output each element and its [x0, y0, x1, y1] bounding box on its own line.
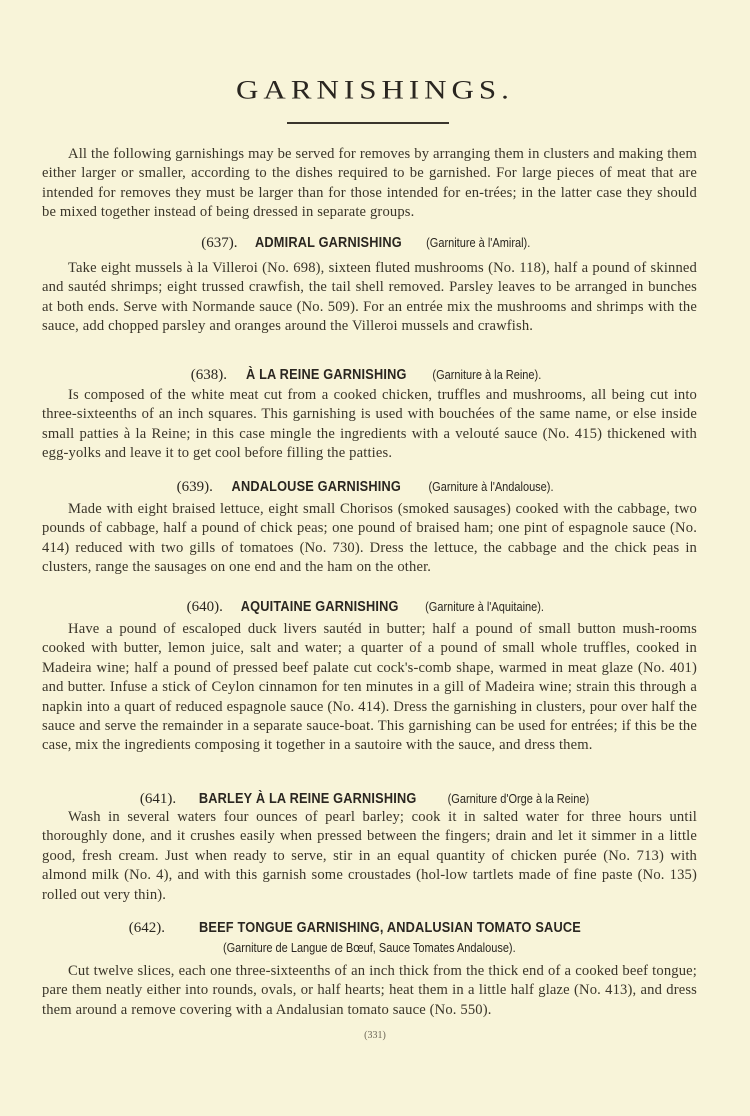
page-number: (331)	[0, 1030, 750, 1041]
recipe-number: (639).	[177, 479, 213, 495]
recipe-body-text: Wash in several waters four ounces of pe…	[42, 809, 697, 903]
book-page: GARNISHINGS. All the following garnishin…	[0, 0, 750, 1116]
recipe-name: BEEF TONGUE GARNISHING, ANDALUSIAN TOMAT…	[199, 918, 581, 938]
recipe-name: BARLEY À LA REINE GARNISHING	[198, 789, 416, 809]
recipe-number: (637).	[201, 235, 237, 251]
recipe-body-637: Take eight mussels à la Villeroi (No. 69…	[42, 259, 697, 337]
recipe-heading-640: (640). AQUITAINE GARNISHING (Garniture à…	[42, 597, 697, 617]
recipe-heading-642: (642). BEEF TONGUE GARNISHING, ANDALUSIA…	[42, 918, 697, 958]
recipe-heading-639: (639). ANDALOUSE GARNISHING (Garniture à…	[42, 477, 697, 497]
recipe-heading-641: (641). BARLEY À LA REINE GARNISHING (Gar…	[42, 789, 697, 809]
recipe-body-640: Have a pound of escaloped duck livers sa…	[42, 620, 697, 756]
recipe-number: (642).	[129, 920, 165, 936]
recipe-body-639: Made with eight braised lettuce, eight s…	[42, 500, 697, 578]
recipe-name: ADMIRAL GARNISHING	[255, 233, 402, 253]
recipe-body-text: Is composed of the white meat cut from a…	[42, 387, 697, 461]
recipe-heading-638: (638). À LA REINE GARNISHING (Garniture …	[42, 365, 697, 385]
recipe-french-name: (Garniture à l'Andalouse).	[429, 477, 554, 497]
recipe-heading-637: (637). ADMIRAL GARNISHING (Garniture à l…	[42, 233, 697, 253]
recipe-name: AQUITAINE GARNISHING	[241, 597, 399, 617]
recipe-french-name: (Garniture de Langue de Bœuf, Sauce Toma…	[223, 938, 516, 958]
recipe-name: À LA REINE GARNISHING	[245, 365, 406, 385]
title-rule	[287, 122, 449, 124]
page-title: GARNISHINGS.	[0, 75, 750, 106]
recipe-french-name: (Garniture à l'Aquitaine).	[425, 597, 544, 617]
intro-paragraph: All the following garnishings may be ser…	[42, 145, 697, 223]
recipe-body-text: Have a pound of escaloped duck livers sa…	[42, 621, 697, 753]
recipe-number: (640).	[187, 599, 223, 615]
recipe-body-638: Is composed of the white meat cut from a…	[42, 386, 697, 464]
recipe-french-name: (Garniture d'Orge à la Reine)	[448, 789, 590, 809]
recipe-body-text: Take eight mussels à la Villeroi (No. 69…	[42, 260, 697, 334]
intro-text: All the following garnishings may be ser…	[42, 146, 697, 220]
recipe-body-641: Wash in several waters four ounces of pe…	[42, 808, 697, 905]
recipe-french-name: (Garniture à la Reine).	[432, 365, 541, 385]
recipe-number: (638).	[191, 367, 227, 383]
recipe-name: ANDALOUSE GARNISHING	[232, 477, 401, 497]
recipe-body-text: Cut twelve slices, each one three-sixtee…	[42, 963, 697, 1018]
recipe-french-name: (Garniture à l'Amiral).	[426, 233, 530, 253]
recipe-body-text: Made with eight braised lettuce, eight s…	[42, 501, 697, 575]
recipe-body-642: Cut twelve slices, each one three-sixtee…	[42, 962, 697, 1020]
recipe-number: (641).	[140, 791, 176, 807]
